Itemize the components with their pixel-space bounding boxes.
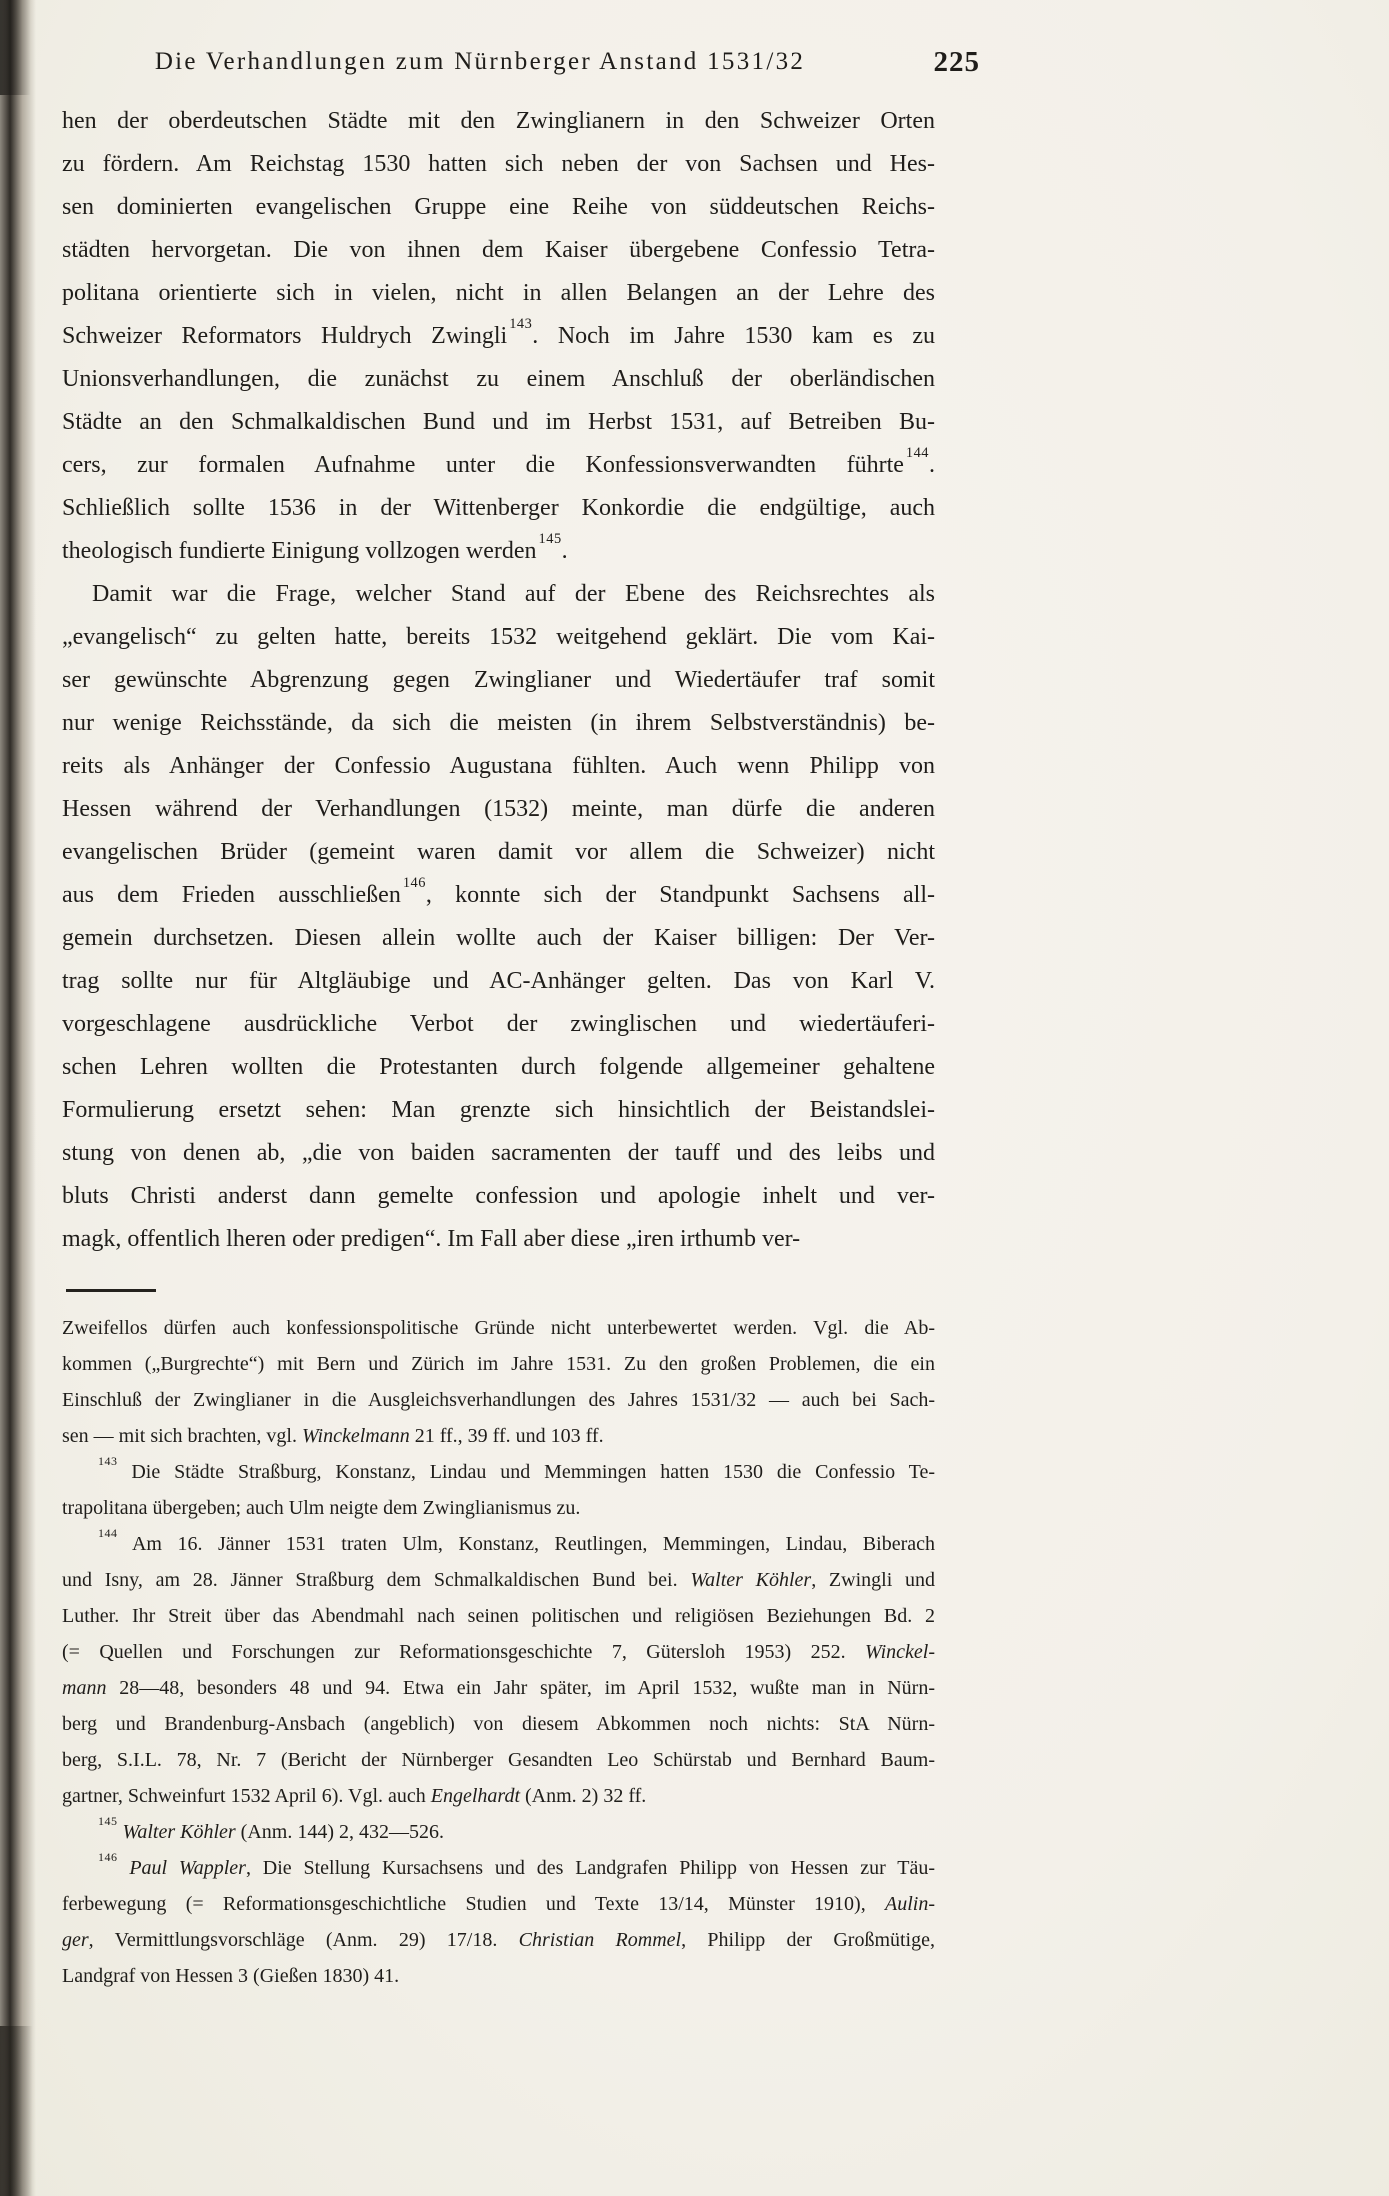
text-line: cers, zur formalen Aufnahme unter die Ko… xyxy=(62,444,935,487)
paragraph-continuation: hen der oberdeutschen Städte mit den Zwi… xyxy=(62,100,935,573)
text-line: Damit war die Frage, welcher Stand auf d… xyxy=(62,573,935,616)
text-line: Einschluß der Zwinglianer in die Ausglei… xyxy=(62,1382,935,1418)
text-line: berg und Brandenburg-Ansbach (angeblich)… xyxy=(62,1706,935,1742)
text-line: magk, offentlich lheren oder predigen“. … xyxy=(62,1218,935,1261)
running-head: Die Verhandlungen zum Nürnberger Anstand… xyxy=(62,48,958,88)
text-line: bluts Christi anderst dann gemelte confe… xyxy=(62,1175,935,1218)
book-gutter-shadow xyxy=(0,0,36,2196)
text-line: Luther. Ihr Streit über das Abendmahl na… xyxy=(62,1598,935,1634)
text-line: kommen („Burgrechte“) mit Bern und Züric… xyxy=(62,1346,935,1382)
paragraph: Damit war die Frage, welcher Stand auf d… xyxy=(62,573,935,1261)
text-line: Unionsverhandlungen, die zunächst zu ein… xyxy=(62,358,935,401)
text-line: sen dominierten evangelischen Gruppe ein… xyxy=(62,186,935,229)
text-line: aus dem Frieden ausschließen146, konnte … xyxy=(62,874,935,917)
body-text: hen der oberdeutschen Städte mit den Zwi… xyxy=(62,100,935,1261)
text-line: hen der oberdeutschen Städte mit den Zwi… xyxy=(62,100,935,143)
text-line: stung von denen ab, „die von baiden sacr… xyxy=(62,1132,935,1175)
text-line: schen Lehren wollten die Protestanten du… xyxy=(62,1046,935,1089)
text-line: Landgraf von Hessen 3 (Gießen 1830) 41. xyxy=(62,1958,935,1994)
text-line: ger, Vermittlungsvorschläge (Anm. 29) 17… xyxy=(62,1922,935,1958)
text-line: (= Quellen und Forschungen zur Reformati… xyxy=(62,1634,935,1670)
running-head-title: Die Verhandlungen zum Nürnberger Anstand… xyxy=(62,48,898,76)
text-line: 146 Paul Wappler, Die Stellung Kursachse… xyxy=(62,1850,935,1886)
text-line: vorgeschlagene ausdrückliche Verbot der … xyxy=(62,1003,935,1046)
footnote-143: 143 Die Städte Straßburg, Konstanz, Lind… xyxy=(62,1454,935,1526)
footnote-144: 144 Am 16. Jänner 1531 traten Ulm, Konst… xyxy=(62,1526,935,1814)
text-line: zu fördern. Am Reichstag 1530 hatten sic… xyxy=(62,143,935,186)
text-line: 144 Am 16. Jänner 1531 traten Ulm, Konst… xyxy=(62,1526,935,1562)
text-line: sen — mit sich brachten, vgl. Winckelman… xyxy=(62,1418,935,1454)
book-page: Die Verhandlungen zum Nürnberger Anstand… xyxy=(0,0,1389,2196)
text-line: gemein durchsetzen. Diesen allein wollte… xyxy=(62,917,935,960)
text-line: 143 Die Städte Straßburg, Konstanz, Lind… xyxy=(62,1454,935,1490)
footnote-continuation: Zweifellos dürfen auch konfessionspoliti… xyxy=(62,1310,935,1454)
text-line: städten hervorgetan. Die von ihnen dem K… xyxy=(62,229,935,272)
text-line: trag sollte nur für Altgläubige und AC-A… xyxy=(62,960,935,1003)
text-line: Hessen während der Verhandlungen (1532) … xyxy=(62,788,935,831)
text-line: reits als Anhänger der Confessio Augusta… xyxy=(62,745,935,788)
text-line: gartner, Schweinfurt 1532 April 6). Vgl.… xyxy=(62,1778,935,1814)
footnote-146: 146 Paul Wappler, Die Stellung Kursachse… xyxy=(62,1850,935,1994)
text-line: Städte an den Schmalkaldischen Bund und … xyxy=(62,401,935,444)
text-line: und Isny, am 28. Jänner Straßburg dem Sc… xyxy=(62,1562,935,1598)
text-line: trapolitana übergeben; auch Ulm neigte d… xyxy=(62,1490,935,1526)
text-line: nur wenige Reichsstände, da sich die mei… xyxy=(62,702,935,745)
text-line: evangelischen Brüder (gemeint waren dami… xyxy=(62,831,935,874)
footnote-145: 145 Walter Köhler (Anm. 144) 2, 432—526. xyxy=(62,1814,935,1850)
text-line: mann 28—48, besonders 48 und 94. Etwa ei… xyxy=(62,1670,935,1706)
text-line: berg, S.I.L. 78, Nr. 7 (Bericht der Nürn… xyxy=(62,1742,935,1778)
text-line: ferbewegung (= Reformationsgeschichtlich… xyxy=(62,1886,935,1922)
text-line: 145 Walter Köhler (Anm. 144) 2, 432—526. xyxy=(62,1814,935,1850)
text-line: politana orientierte sich in vielen, nic… xyxy=(62,272,935,315)
text-line: Zweifellos dürfen auch konfessionspoliti… xyxy=(62,1310,935,1346)
text-line: ser gewünschte Abgrenzung gegen Zwinglia… xyxy=(62,659,935,702)
page-number: 225 xyxy=(934,46,981,79)
text-line: theologisch fundierte Einigung vollzogen… xyxy=(62,530,935,573)
text-line: Schließlich sollte 1536 in der Wittenber… xyxy=(62,487,935,530)
footnotes: Zweifellos dürfen auch konfessionspoliti… xyxy=(62,1310,935,1994)
text-line: Schweizer Reformators Huldrych Zwingli14… xyxy=(62,315,935,358)
footnote-separator-rule xyxy=(66,1289,156,1292)
text-line: Formulierung ersetzt sehen: Man grenzte … xyxy=(62,1089,935,1132)
text-line: „evangelisch“ zu gelten hatte, bereits 1… xyxy=(62,616,935,659)
